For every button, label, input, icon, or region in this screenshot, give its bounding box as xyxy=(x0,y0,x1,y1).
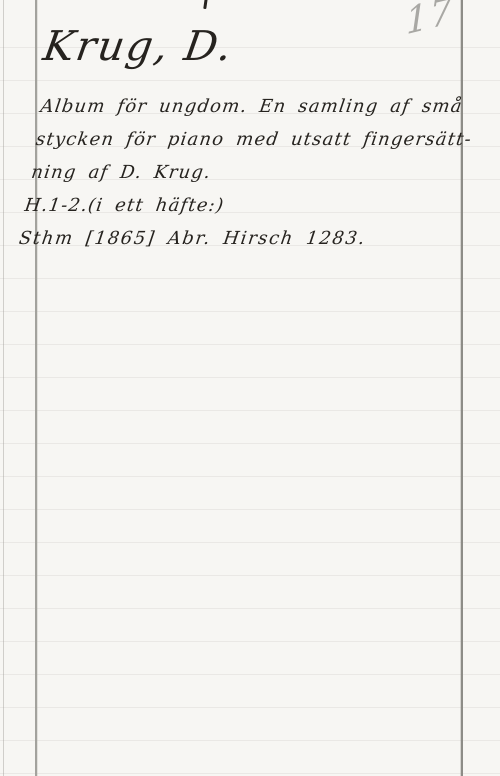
description-line-3: ning af D. Krug. xyxy=(29,156,464,189)
description-line-2: stycken för piano med utsatt fingersätt- xyxy=(34,123,469,156)
left-margin-rule xyxy=(35,0,37,776)
card-heading-composer: Krug, D. xyxy=(40,22,237,70)
pencil-page-number: 17 xyxy=(405,0,455,43)
description-line-1: Album för ungdom. En samling af små xyxy=(38,90,473,123)
holdings-line: H.1-2.(i ett häfte:) xyxy=(22,189,459,222)
card-text-block: Album för ungdom. En samling af små styc… xyxy=(20,90,473,255)
ink-mark xyxy=(203,0,208,9)
catalog-card: 17 Krug, D. Album för ungdom. En samling… xyxy=(0,0,500,776)
imprint-line: Sthm [1865] Abr. Hirsch 1283. xyxy=(17,222,455,255)
left-edge-line xyxy=(3,0,4,776)
